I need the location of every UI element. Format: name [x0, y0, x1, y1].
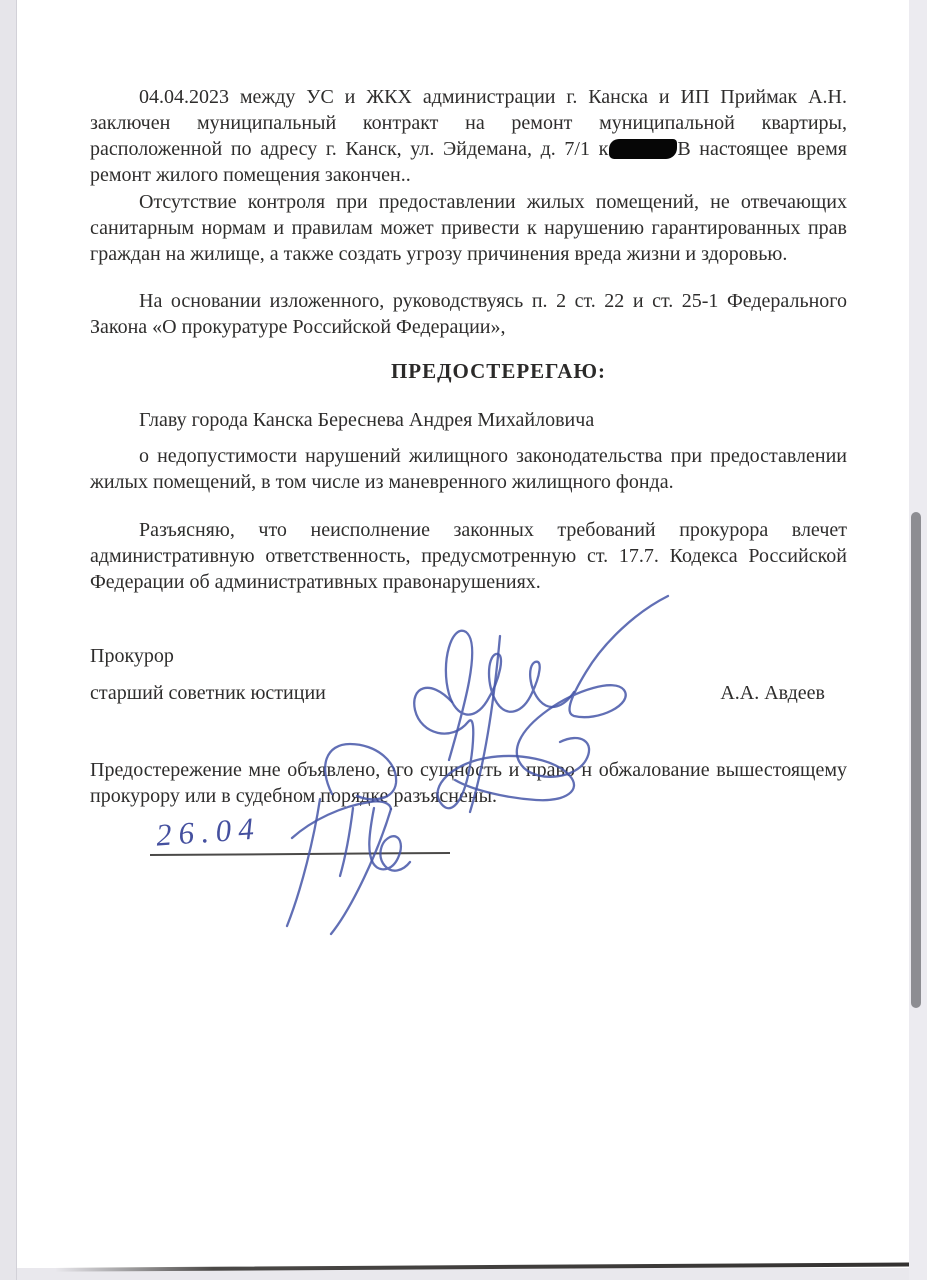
paragraph-addressee: Главу города Канска Береснева Андрея Мих…	[90, 407, 847, 433]
scanned-document-page: { "document": { "para1": { "before_redac…	[0, 0, 927, 1280]
paragraph-acknowledgement: Предостережение мне объявлено, его сущно…	[90, 757, 847, 809]
signer-row: старший советник юстиции А.А. Авдеев	[90, 682, 847, 705]
acknowledgement-signature-stroke	[340, 808, 353, 876]
acknowledgement-signature-stroke	[331, 809, 391, 934]
signer-position-line2: старший советник юстиции	[90, 682, 326, 705]
paragraph-control-absence: Отсутствие контроля при предоставлении ж…	[90, 189, 847, 267]
signer-name: А.А. Авдеев	[720, 682, 847, 705]
signer-position-line1: Прокурор	[90, 643, 847, 669]
scrollbar-thumb[interactable]	[911, 512, 921, 1008]
signature-underline	[150, 852, 450, 856]
scrollbar-track[interactable]	[909, 0, 927, 1280]
redaction-box	[609, 139, 677, 159]
acknowledgement-signature-stroke	[287, 799, 320, 926]
handwritten-date: 26.04	[155, 810, 262, 853]
paragraph-liability: Разъясняю, что неисполнение законных тре…	[90, 517, 847, 595]
paragraph-legal-basis: На основании изложенного, руководствуясь…	[90, 288, 847, 340]
paragraph-contract: 04.04.2023 между УС и ЖКХ администрации …	[90, 84, 847, 188]
paragraph-warning-subject: о недопустимости нарушений жилищного зак…	[90, 443, 847, 495]
acknowledgement-signature-stroke	[369, 808, 410, 871]
document-heading: ПРЕДОСТЕРЕГАЮ:	[120, 359, 877, 384]
photo-left-edge	[0, 0, 17, 1280]
